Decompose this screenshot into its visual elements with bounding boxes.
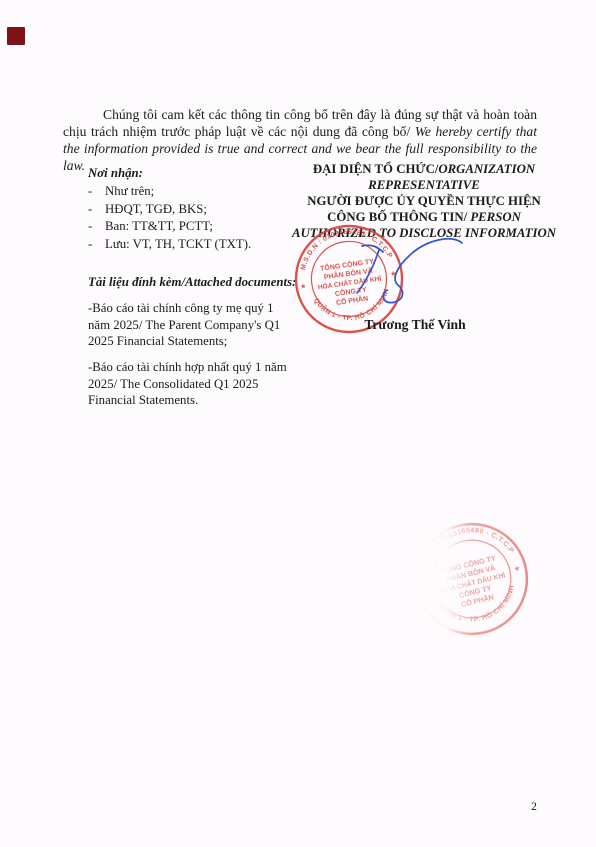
star-icon: ★	[300, 282, 307, 291]
recipient-text: Như trên;	[105, 183, 154, 199]
attachments-heading: Tài liệu đính kèm/Attached documents:	[88, 274, 298, 290]
recipients-heading: Nơi nhận:	[88, 165, 298, 181]
recipient-text: Ban: TT&TT, PCTT;	[105, 218, 213, 234]
list-item: - HĐQT, TGĐ, BKS;	[88, 201, 298, 217]
recipient-text: HĐQT, TGĐ, BKS;	[105, 201, 207, 217]
star-icon: ★	[513, 563, 522, 573]
company-seal-stamp-partial: M.S.D.N : 0303165480 - C.T.C.P QUẬN 1 - …	[414, 521, 530, 637]
attachment-item: -Báo cáo tài chính hợp nhất quý 1 năm 20…	[88, 359, 298, 408]
left-column: Nơi nhận: - Như trên; - HĐQT, TGĐ, BKS; …	[88, 165, 298, 419]
list-dash: -	[88, 201, 105, 217]
star-icon: ★	[421, 586, 430, 596]
representative-title-vi: ĐẠI DIỆN TỔ CHỨC/	[313, 162, 439, 176]
list-dash: -	[88, 218, 105, 234]
attachment-item: -Báo cáo tài chính công ty mẹ quý 1 năm …	[88, 300, 298, 349]
signer-name: Trương Thế Vinh	[349, 317, 481, 333]
list-item: - Ban: TT&TT, PCTT;	[88, 218, 298, 234]
list-item: - Lưu: VT, TH, TCKT (TXT).	[88, 236, 298, 252]
document-page: Chúng tôi cam kết các thông tin công bố …	[0, 0, 596, 847]
list-item: - Như trên;	[88, 183, 298, 199]
list-dash: -	[88, 183, 105, 199]
page-corner-marker	[7, 27, 25, 45]
recipient-text: Lưu: VT, TH, TCKT (TXT).	[105, 236, 251, 252]
page-number: 2	[526, 801, 542, 813]
recipients-list: - Như trên; - HĐQT, TGĐ, BKS; - Ban: TT&…	[88, 183, 298, 252]
attachments-section: Tài liệu đính kèm/Attached documents: -B…	[88, 274, 298, 409]
list-dash: -	[88, 236, 105, 252]
handwritten-signature	[340, 225, 470, 320]
